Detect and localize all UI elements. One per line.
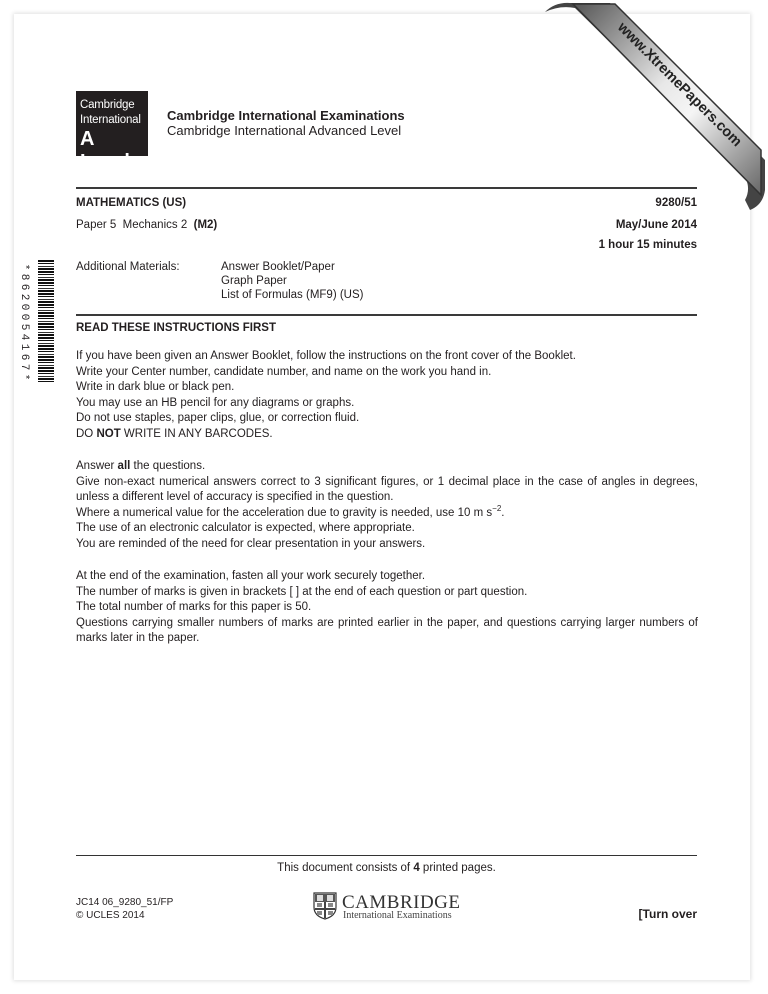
header-divider [76,187,697,189]
instruction-line: DO NOT WRITE IN ANY BARCODES. [76,427,698,443]
paper-title: Paper 5 Mechanics 2 (M2) [76,218,217,234]
barcode-digits: *8620054167* [17,262,31,382]
logo-line-1: Cambridge [80,99,134,111]
document-reference: JC14 06_9280_51/FP © UCLES 2014 [76,896,173,922]
material-item: List of Formulas (MF9) (US) [221,288,364,304]
candidate-barcode [38,260,54,382]
instruction-line: The total number of marks for this paper… [76,600,698,616]
instructions-block-2: Answer all the questions. Give non-exact… [76,459,698,552]
paper-title-text: Paper 5 Mechanics 2 [76,219,194,231]
instruction-line: You may use an HB pencil for any diagram… [76,396,698,412]
text: Where a numerical value for the accelera… [76,507,492,519]
instruction-line: Questions carrying smaller numbers of ma… [76,616,698,647]
logo-line-3: A Level [80,128,148,174]
barcode-digit: * [19,370,29,384]
paper-code: (M2) [194,219,218,231]
footer-divider [76,855,697,856]
instruction-line: Give non-exact numerical answers correct… [76,475,698,506]
instructions-block-3: At the end of the examination, fasten al… [76,569,698,647]
turn-over: [Turn over [560,907,697,923]
text: the questions. [130,460,205,472]
instruction-line: Write in dark blue or black pen. [76,380,698,396]
instruction-line: Answer all the questions. [76,459,698,475]
materials-label: Additional Materials: [76,260,180,276]
instructions-block-1: If you have been given an Answer Booklet… [76,349,698,442]
instructions-heading: READ THESE INSTRUCTIONS FIRST [76,321,276,337]
cambridge-crest-icon [313,892,337,920]
instruction-line: You are reminded of the need for clear p… [76,537,698,553]
cambridge-subtitle: International Examinations [343,910,452,921]
copyright: © UCLES 2014 [76,909,173,922]
subject-title: MATHEMATICS (US) [76,196,186,212]
reference-code: JC14 06_9280_51/FP [76,896,173,909]
text: This document consists of [277,862,413,874]
instruction-line: Where a numerical value for the accelera… [76,506,698,522]
text: . [501,507,504,519]
instruction-line: At the end of the examination, fasten al… [76,569,698,585]
xtremepapers-ribbon: www.XtremePapers.com [535,0,768,215]
instruction-line: Do not use staples, paper clips, glue, o… [76,411,698,427]
watermark-text: www.XtremePapers.com [613,19,744,150]
instruction-line: Write your Center number, candidate numb… [76,365,698,381]
exam-duration: 1 hour 15 minutes [497,238,697,254]
exam-session: May/June 2014 [497,218,697,234]
qualification-name: Cambridge International Advanced Level [167,123,401,138]
text-bold: all [118,460,131,472]
text: WRITE IN ANY BARCODES. [121,428,273,440]
logo-line-2: International [80,114,141,126]
board-name: Cambridge International Examinations [167,108,405,123]
text-bold: NOT [96,428,120,440]
a-level-logo: Cambridge International A Level [76,91,148,156]
text: DO [76,428,96,440]
instruction-line: The number of marks is given in brackets… [76,585,698,601]
instruction-line: The use of an electronic calculator is e… [76,521,698,537]
instructions-divider [76,314,697,316]
text: printed pages. [420,862,496,874]
superscript: −2 [492,504,501,513]
syllabus-code: 9280/51 [497,196,697,212]
text: Answer [76,460,118,472]
instruction-line: If you have been given an Answer Booklet… [76,349,698,365]
page-count: This document consists of 4 printed page… [76,861,697,877]
